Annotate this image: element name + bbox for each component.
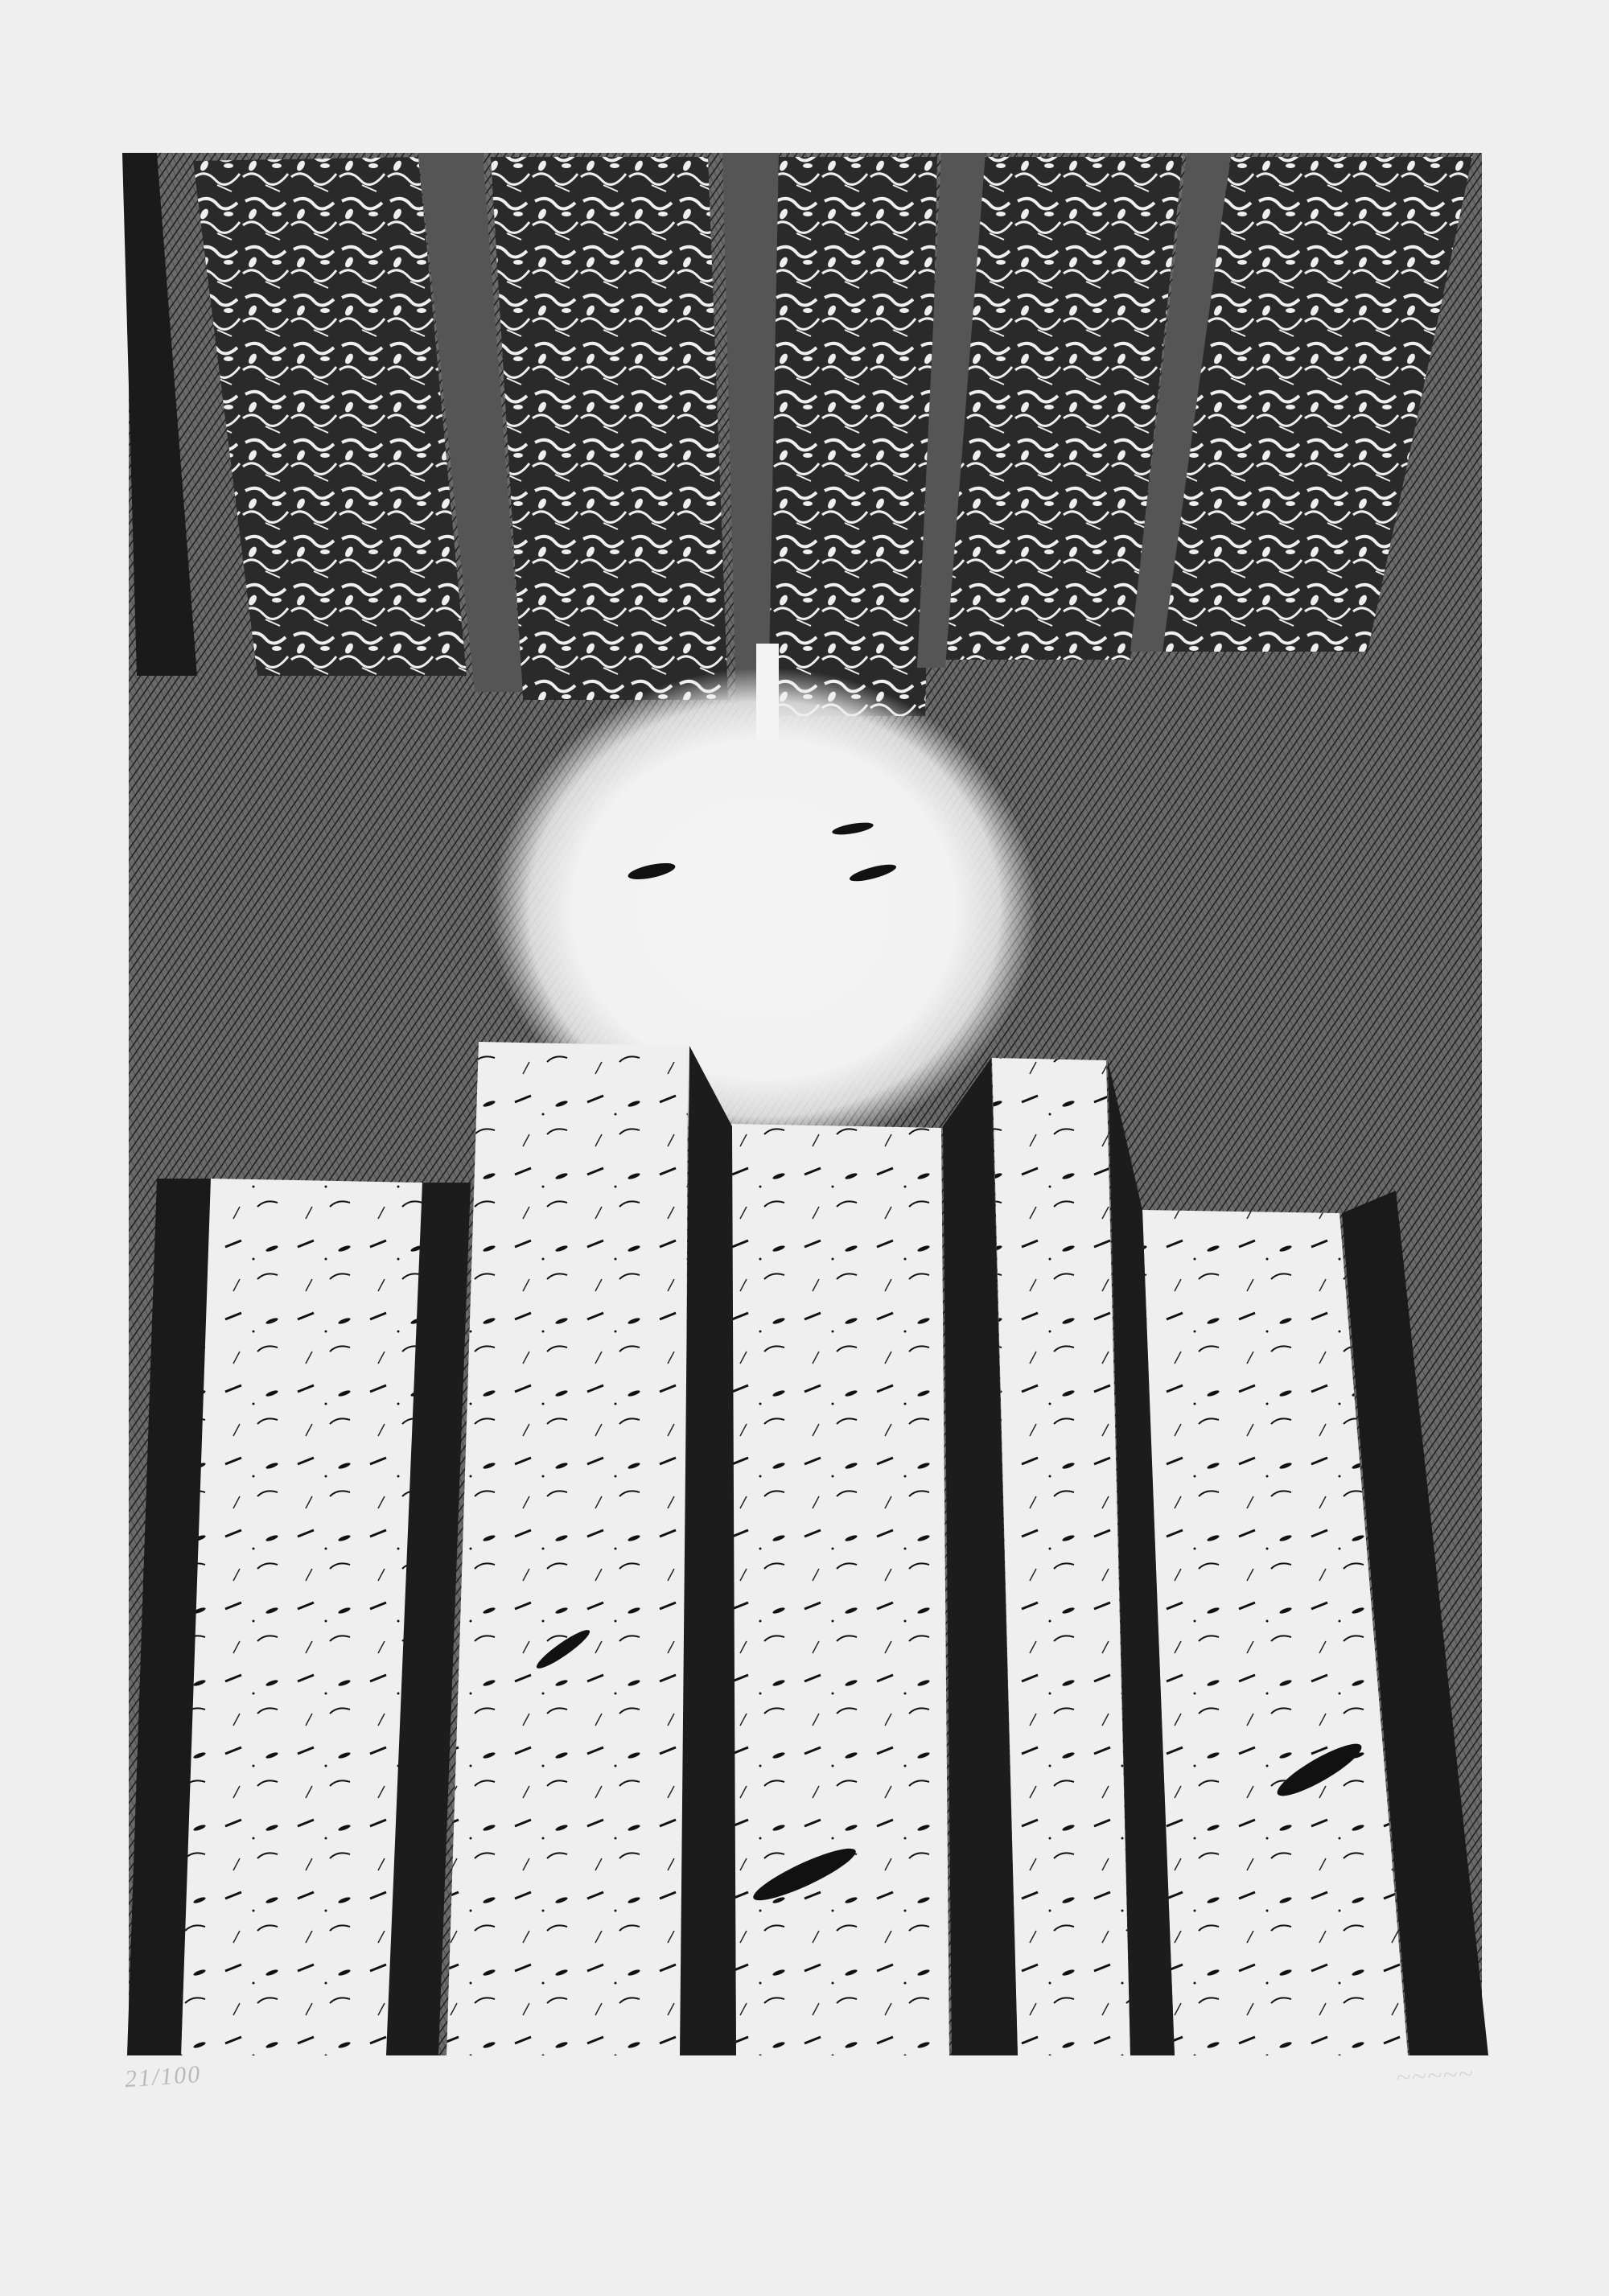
- edition-number: 21/100: [124, 2061, 202, 2094]
- artwork-print: [0, 0, 1609, 2296]
- top-panels: [193, 157, 1472, 716]
- artist-signature: ~~~~~: [1395, 2059, 1475, 2093]
